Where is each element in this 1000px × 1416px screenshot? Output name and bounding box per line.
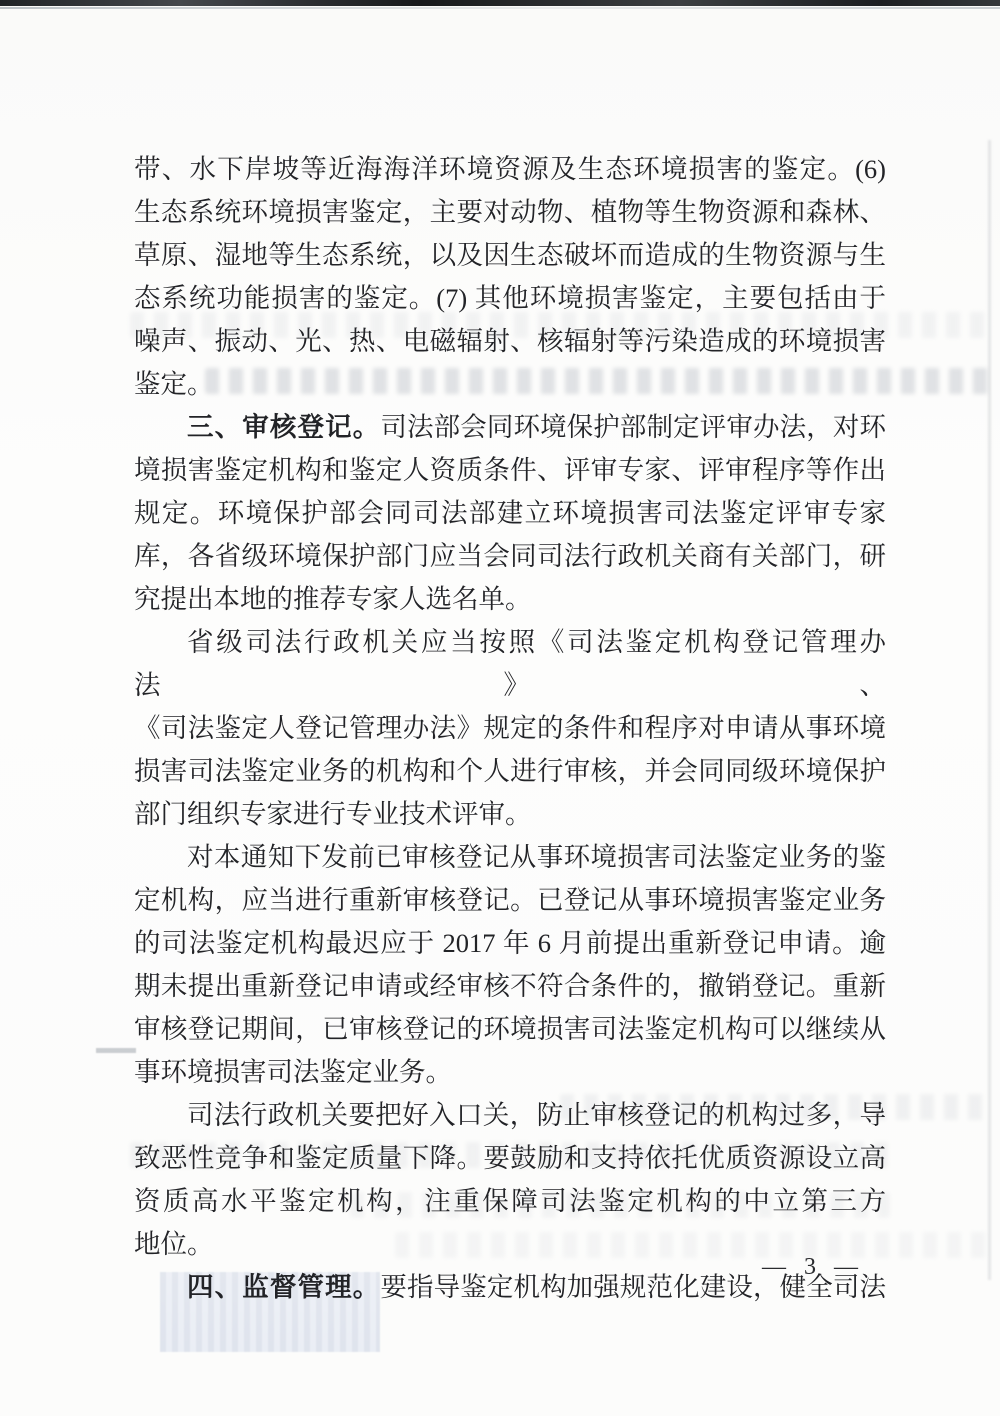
scan-edge-top <box>0 0 1000 6</box>
paragraph-section-3: 三、审核登记。司法部会同环境保护部制定评审办法，对环 境损害鉴定机构和鉴定人资质… <box>134 406 886 621</box>
text-line: 事环境损害司法鉴定业务。 <box>134 1051 886 1094</box>
document-body: 带、水下岸坡等近海海洋环境资源及生态环境损害的鉴定。(6) 生态系统环境损害鉴定… <box>134 148 886 1309</box>
text-line: 司法行政机关要把好入口关，防止审核登记的机构过多，导 <box>134 1094 886 1137</box>
section-heading: 四、监督管理。 <box>187 1272 380 1302</box>
text-line: 期未提出重新登记申请或经审核不符合条件的，撤销登记。重新 <box>134 965 886 1008</box>
text-line: 噪声、振动、光、热、电磁辐射、核辐射等污染造成的环境损害 <box>134 320 886 363</box>
paragraph: 对本通知下发前已审核登记从事环境损害司法鉴定业务的鉴 定机构，应当进行重新审核登… <box>134 836 886 1094</box>
text-line: 带、水下岸坡等近海海洋环境资源及生态环境损害的鉴定。(6) <box>134 148 886 191</box>
paragraph-continuation: 带、水下岸坡等近海海洋环境资源及生态环境损害的鉴定。(6) 生态系统环境损害鉴定… <box>134 148 886 406</box>
text-line: 库，各省级环境保护部门应当会同司法行政机关商有关部门，研 <box>134 535 886 578</box>
text-line: 规定。环境保护部会同司法部建立环境损害司法鉴定评审专家 <box>134 492 886 535</box>
bleed-through-dash <box>96 1048 136 1053</box>
scanned-page: 带、水下岸坡等近海海洋环境资源及生态环境损害的鉴定。(6) 生态系统环境损害鉴定… <box>0 0 1000 1416</box>
text-line: 致恶性竞争和鉴定质量下降。要鼓励和支持依托优质资源设立高 <box>134 1137 886 1180</box>
text-line: 三、审核登记。司法部会同环境保护部制定评审办法，对环 <box>134 406 886 449</box>
paragraph: 司法行政机关要把好入口关，防止审核登记的机构过多，导 致恶性竞争和鉴定质量下降。… <box>134 1094 886 1266</box>
text-line: 究提出本地的推荐专家人选名单。 <box>134 578 886 621</box>
text-line: 省级司法行政机关应当按照《司法鉴定机构登记管理办法》、 <box>134 621 886 707</box>
paragraph: 省级司法行政机关应当按照《司法鉴定机构登记管理办法》、 《司法鉴定人登记管理办法… <box>134 621 886 836</box>
text-line: 《司法鉴定人登记管理办法》规定的条件和程序对申请从事环境 <box>134 707 886 750</box>
text-line: 的司法鉴定机构最迟应于 2017 年 6 月前提出重新登记申请。逾 <box>134 922 886 965</box>
text-line: 部门组织专家进行专业技术评审。 <box>134 793 886 836</box>
text-line: 定机构，应当进行重新审核登记。已登记从事环境损害鉴定业务 <box>134 879 886 922</box>
text-line: 草原、湿地等生态系统，以及因生态破坏而造成的生物资源与生 <box>134 234 886 277</box>
scan-edge-right <box>988 140 991 1280</box>
scan-edge-underline <box>0 7 1000 9</box>
text-line: 资质高水平鉴定机构，注重保障司法鉴定机构的中立第三方 <box>134 1180 886 1223</box>
text-line: 态系统功能损害的鉴定。(7) 其他环境损害鉴定，主要包括由于 <box>134 277 886 320</box>
text-line: 对本通知下发前已审核登记从事环境损害司法鉴定业务的鉴 <box>134 836 886 879</box>
text-run: 司法部会同环境保护部制定评审办法，对环 <box>380 412 886 442</box>
text-line: 境损害鉴定机构和鉴定人资质条件、评审专家、评审程序等作出 <box>134 449 886 492</box>
text-line: 鉴定。 <box>134 363 886 406</box>
text-line: 损害司法鉴定业务的机构和个人进行审核，并会同同级环境保护 <box>134 750 886 793</box>
section-heading: 三、审核登记。 <box>187 412 380 442</box>
text-line: 审核登记期间，已审核登记的环境损害司法鉴定机构可以继续从 <box>134 1008 886 1051</box>
text-line: 生态系统环境损害鉴定，主要对动物、植物等生物资源和森林、 <box>134 191 886 234</box>
page-number: — 3 — <box>762 1254 858 1281</box>
